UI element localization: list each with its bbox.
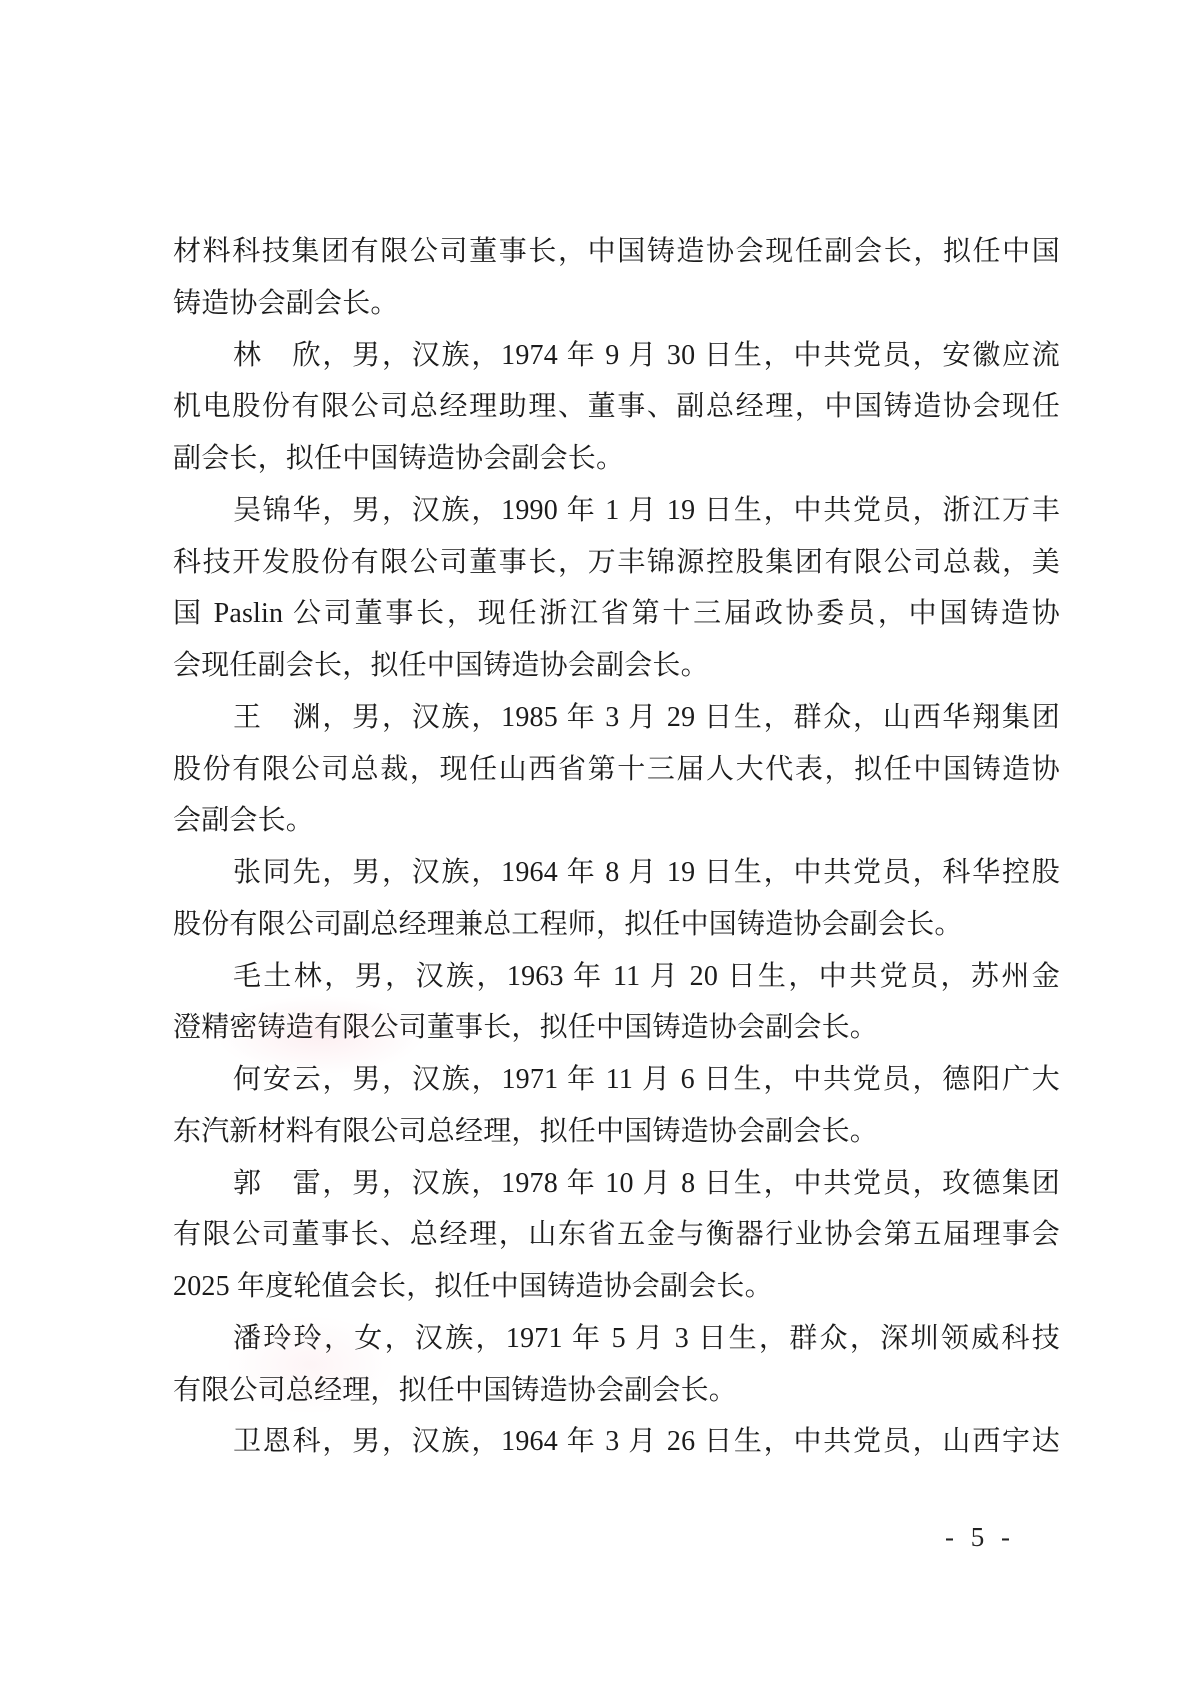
document-line: 毛土林，男，汉族，1963 年 11 月 20 日生，中共党员，苏州金 xyxy=(173,951,1060,1003)
page-number: - 5 - xyxy=(945,1522,1015,1553)
document-body: 材料科技集团有限公司董事长，中国铸造协会现任副会长，拟任中国 铸造协会副会长。 … xyxy=(173,226,1060,1468)
document-line: 潘玲玲，女，汉族，1971 年 5 月 3 日生，群众，深圳领威科技 xyxy=(173,1313,1060,1365)
document-line: 东汽新材料有限公司总经理，拟任中国铸造协会副会长。 xyxy=(173,1106,1060,1158)
document-line: 股份有限公司副总经理兼总工程师，拟任中国铸造协会副会长。 xyxy=(173,899,1060,951)
document-line: 会副会长。 xyxy=(173,795,1060,847)
document-line: 2025 年度轮值会长，拟任中国铸造协会副会长。 xyxy=(173,1261,1060,1313)
document-line: 有限公司董事长、总经理，山东省五金与衡器行业协会第五届理事会 xyxy=(173,1209,1060,1261)
document-line: 王 渊，男，汉族，1985 年 3 月 29 日生，群众，山西华翔集团 xyxy=(173,692,1060,744)
document-line: 会现任副会长，拟任中国铸造协会副会长。 xyxy=(173,640,1060,692)
document-line: 国 Paslin 公司董事长，现任浙江省第十三届政协委员，中国铸造协 xyxy=(173,588,1060,640)
document-line: 股份有限公司总裁，现任山西省第十三届人大代表，拟任中国铸造协 xyxy=(173,744,1060,796)
document-line: 材料科技集团有限公司董事长，中国铸造协会现任副会长，拟任中国 xyxy=(173,226,1060,278)
document-line: 卫恩科，男，汉族，1964 年 3 月 26 日生，中共党员，山西宇达 xyxy=(173,1416,1060,1468)
document-line: 吴锦华，男，汉族，1990 年 1 月 19 日生，中共党员，浙江万丰 xyxy=(173,485,1060,537)
document-line: 张同先，男，汉族，1964 年 8 月 19 日生，中共党员，科华控股 xyxy=(173,847,1060,899)
document-line: 副会长，拟任中国铸造协会副会长。 xyxy=(173,433,1060,485)
document-line: 科技开发股份有限公司董事长，万丰锦源控股集团有限公司总裁，美 xyxy=(173,537,1060,589)
document-line: 有限公司总经理，拟任中国铸造协会副会长。 xyxy=(173,1365,1060,1417)
document-page: 材料科技集团有限公司董事长，中国铸造协会现任副会长，拟任中国 铸造协会副会长。 … xyxy=(0,0,1200,1696)
document-line: 澄精密铸造有限公司董事长，拟任中国铸造协会副会长。 xyxy=(173,1002,1060,1054)
document-line: 铸造协会副会长。 xyxy=(173,278,1060,330)
document-line: 何安云，男，汉族，1971 年 11 月 6 日生，中共党员，德阳广大 xyxy=(173,1054,1060,1106)
document-line: 机电股份有限公司总经理助理、董事、副总经理，中国铸造协会现任 xyxy=(173,381,1060,433)
document-line: 林 欣，男，汉族，1974 年 9 月 30 日生，中共党员，安徽应流 xyxy=(173,330,1060,382)
document-line: 郭 雷，男，汉族，1978 年 10 月 8 日生，中共党员，玫德集团 xyxy=(173,1158,1060,1210)
